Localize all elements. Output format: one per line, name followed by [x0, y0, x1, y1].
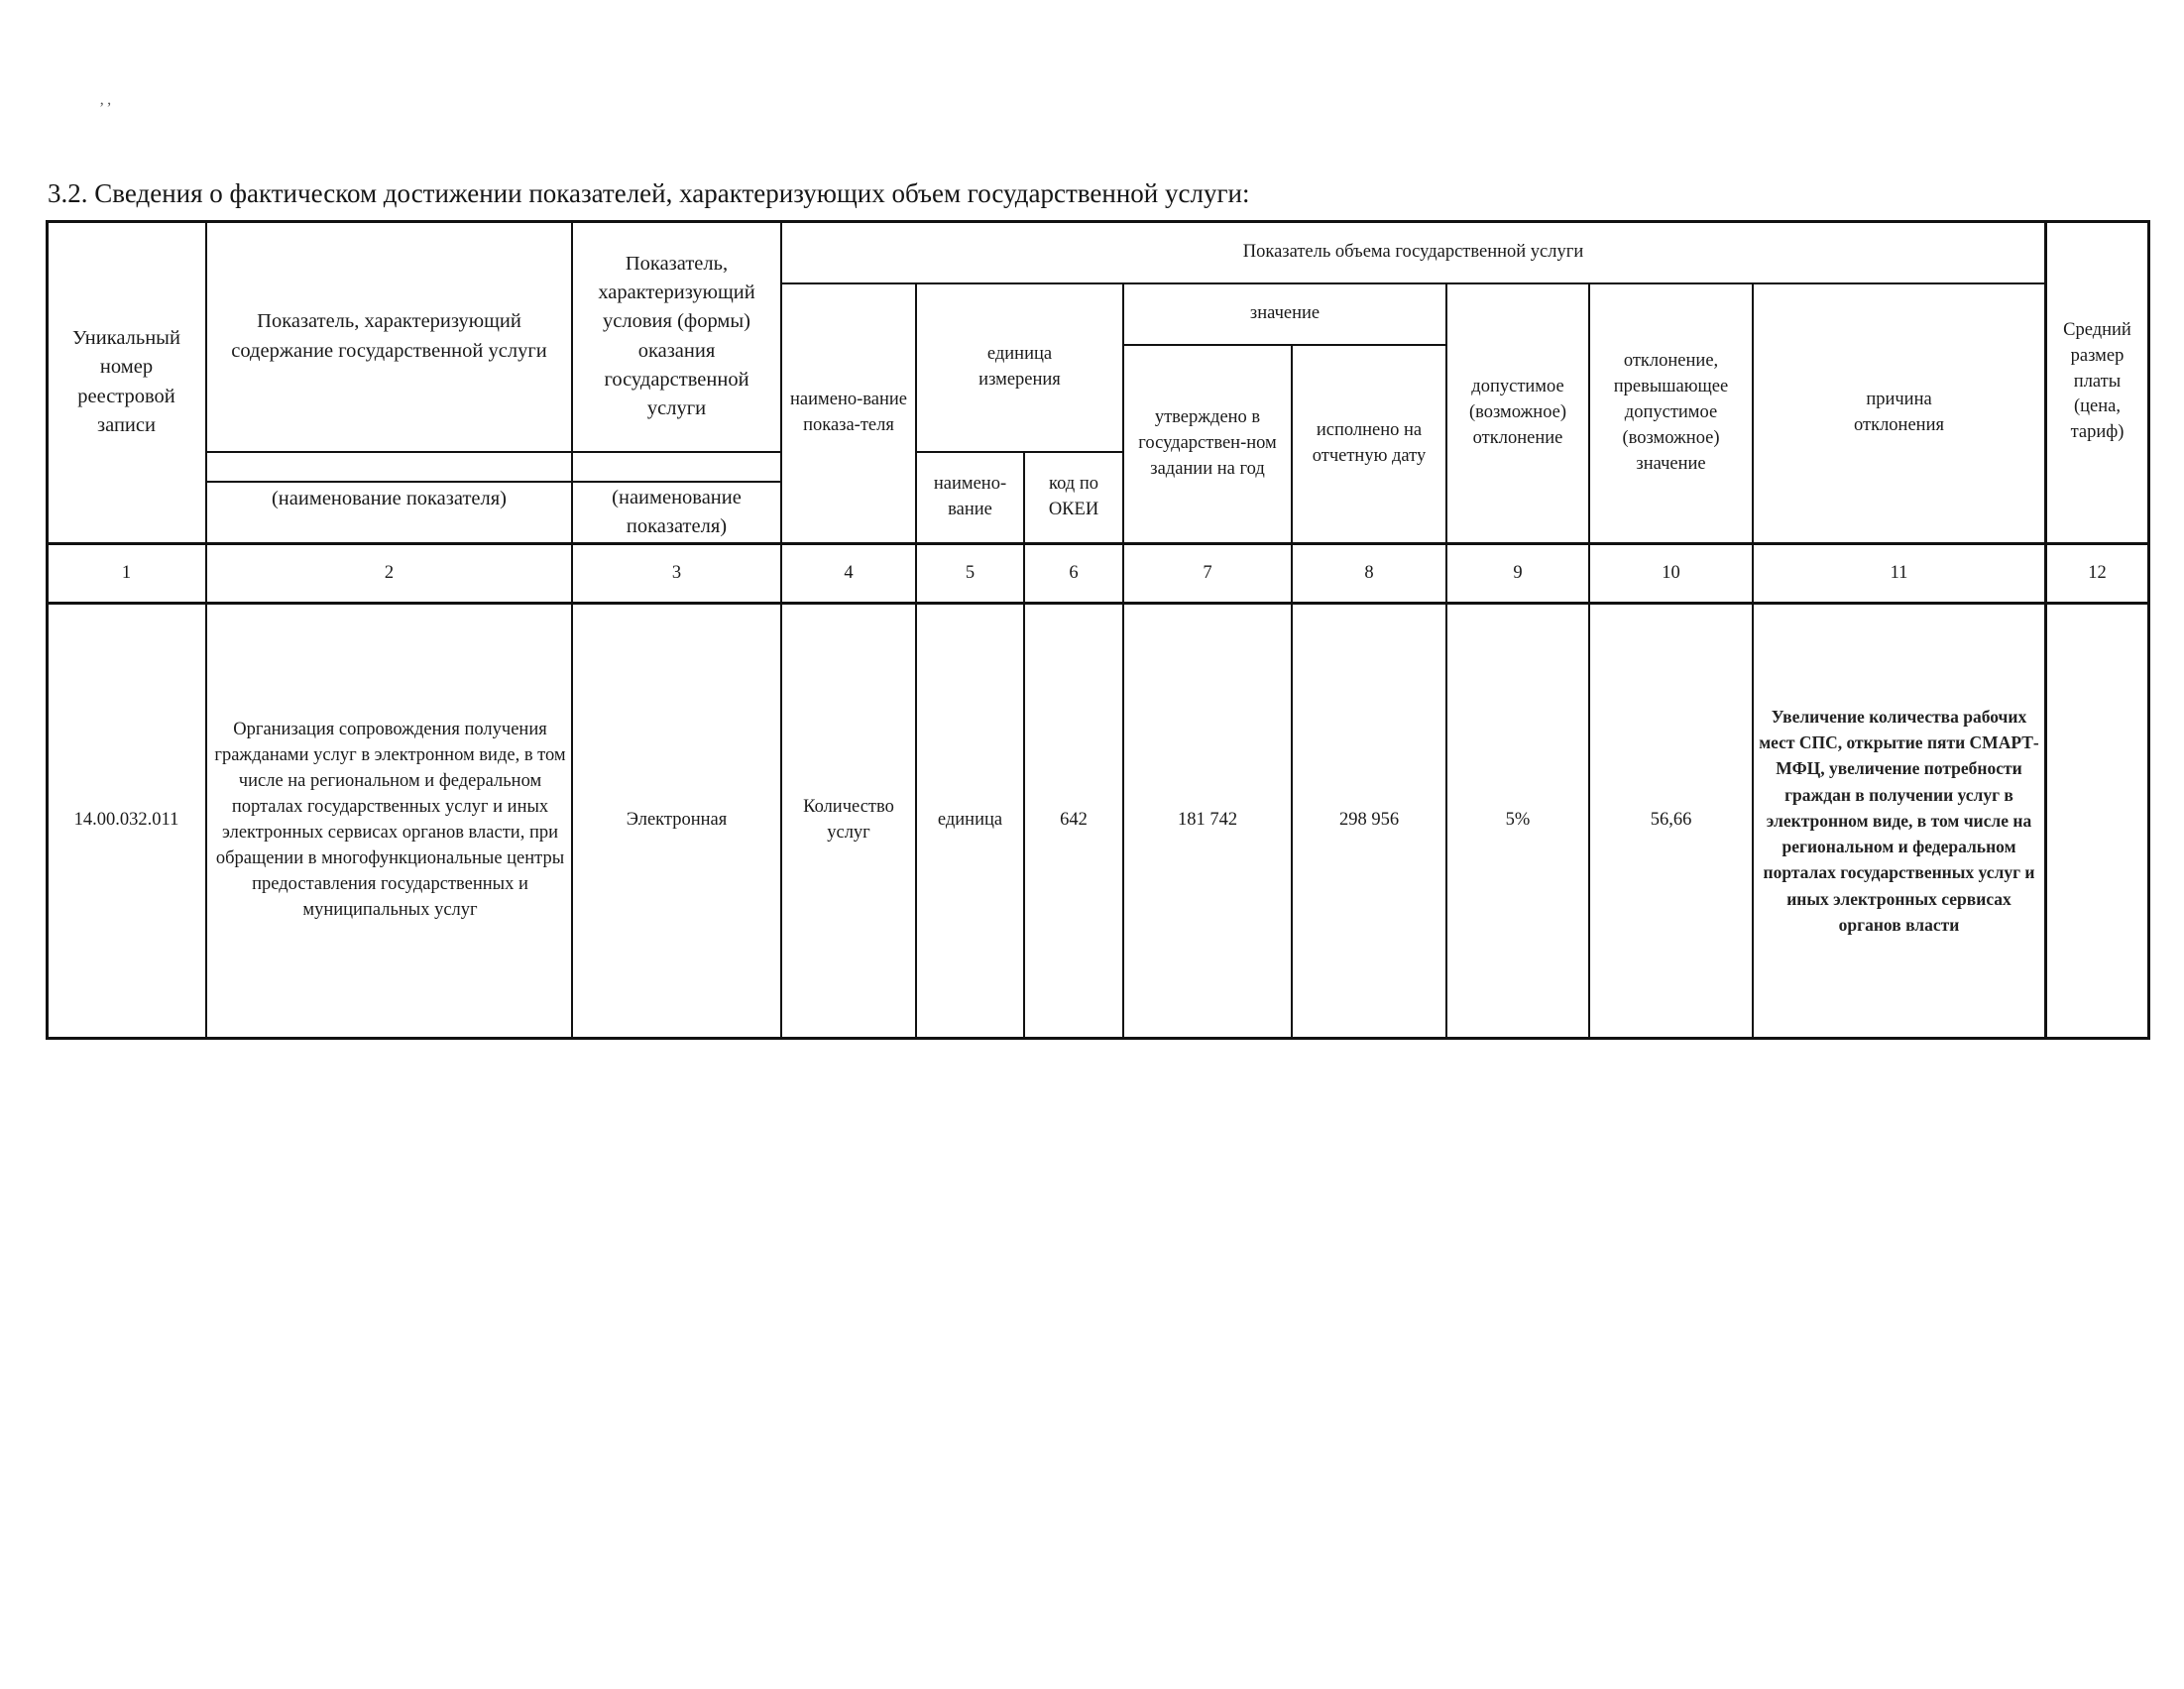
cell-value-approved: 181 742 [1124, 605, 1291, 1037]
column-number: 5 [917, 545, 1023, 602]
cell-average-fee [2047, 605, 2147, 1037]
header-value-actual: исполнено на отчетную дату [1293, 346, 1445, 542]
header-unit-code: код по ОКЕИ [1025, 453, 1122, 542]
header-deviation-reason: причина отклонения [1754, 284, 2044, 542]
cell-unit-code: 642 [1025, 605, 1122, 1037]
table-border-bottom [46, 1037, 2149, 1040]
column-number: 12 [2047, 545, 2147, 602]
volume-indicators-table: Уникальный номер реестровой записи Показ… [0, 0, 2184, 1689]
header-unit-name: наимено-вание [917, 453, 1023, 542]
rule-indicator-sub-1 [205, 451, 780, 453]
cell-deviation-reason: Увеличение количества рабочих мест СПС, … [1754, 605, 2044, 1037]
column-number: 2 [207, 545, 571, 602]
table-border-right [2147, 220, 2150, 1040]
column-number: 3 [573, 545, 780, 602]
header-volume-group: Показатель объема государственной услуги [782, 222, 2044, 282]
cell-registry-number: 14.00.032.011 [48, 605, 205, 1037]
header-value-approved: утверждено в государствен-ном задании на… [1124, 346, 1291, 542]
cell-indicator-name: Количество услуг [782, 605, 915, 1037]
column-number: 1 [48, 545, 205, 602]
header-content-indicator-sub: (наименование показателя) [207, 483, 571, 542]
header-indicator-name: наимено-вание показа-теля [782, 284, 915, 542]
cell-unit-name: единица [917, 605, 1023, 1037]
column-number: 4 [782, 545, 915, 602]
header-average-fee: Средний размер платы (цена, тариф) [2047, 222, 2147, 542]
header-content-indicator: Показатель, характеризующий содержание г… [207, 222, 571, 451]
header-registry-number: Уникальный номер реестровой записи [48, 222, 205, 542]
cell-content-indicator: Организация сопровождения получения граж… [207, 605, 571, 1037]
column-number: 7 [1124, 545, 1291, 602]
header-unit-group: единица измерения [917, 284, 1122, 451]
header-allowed-deviation: допустимое (возможное) отклонение [1447, 284, 1588, 542]
column-number: 8 [1293, 545, 1445, 602]
column-number: 9 [1447, 545, 1588, 602]
cell-exceeding-deviation: 56,66 [1590, 605, 1752, 1037]
header-conditions-indicator: Показатель, характеризующий условия (фор… [573, 222, 780, 451]
cell-allowed-deviation: 5% [1447, 605, 1588, 1037]
header-exceeding-deviation: отклонение, превышающее допустимое (возм… [1590, 284, 1752, 542]
column-number: 11 [1754, 545, 2044, 602]
cell-value-actual: 298 956 [1293, 605, 1445, 1037]
header-value-group: значение [1124, 284, 1445, 344]
column-number: 10 [1590, 545, 1752, 602]
header-conditions-indicator-sub: (наименование показателя) [573, 483, 780, 542]
cell-conditions-indicator: Электронная [573, 605, 780, 1037]
column-number: 6 [1025, 545, 1122, 602]
